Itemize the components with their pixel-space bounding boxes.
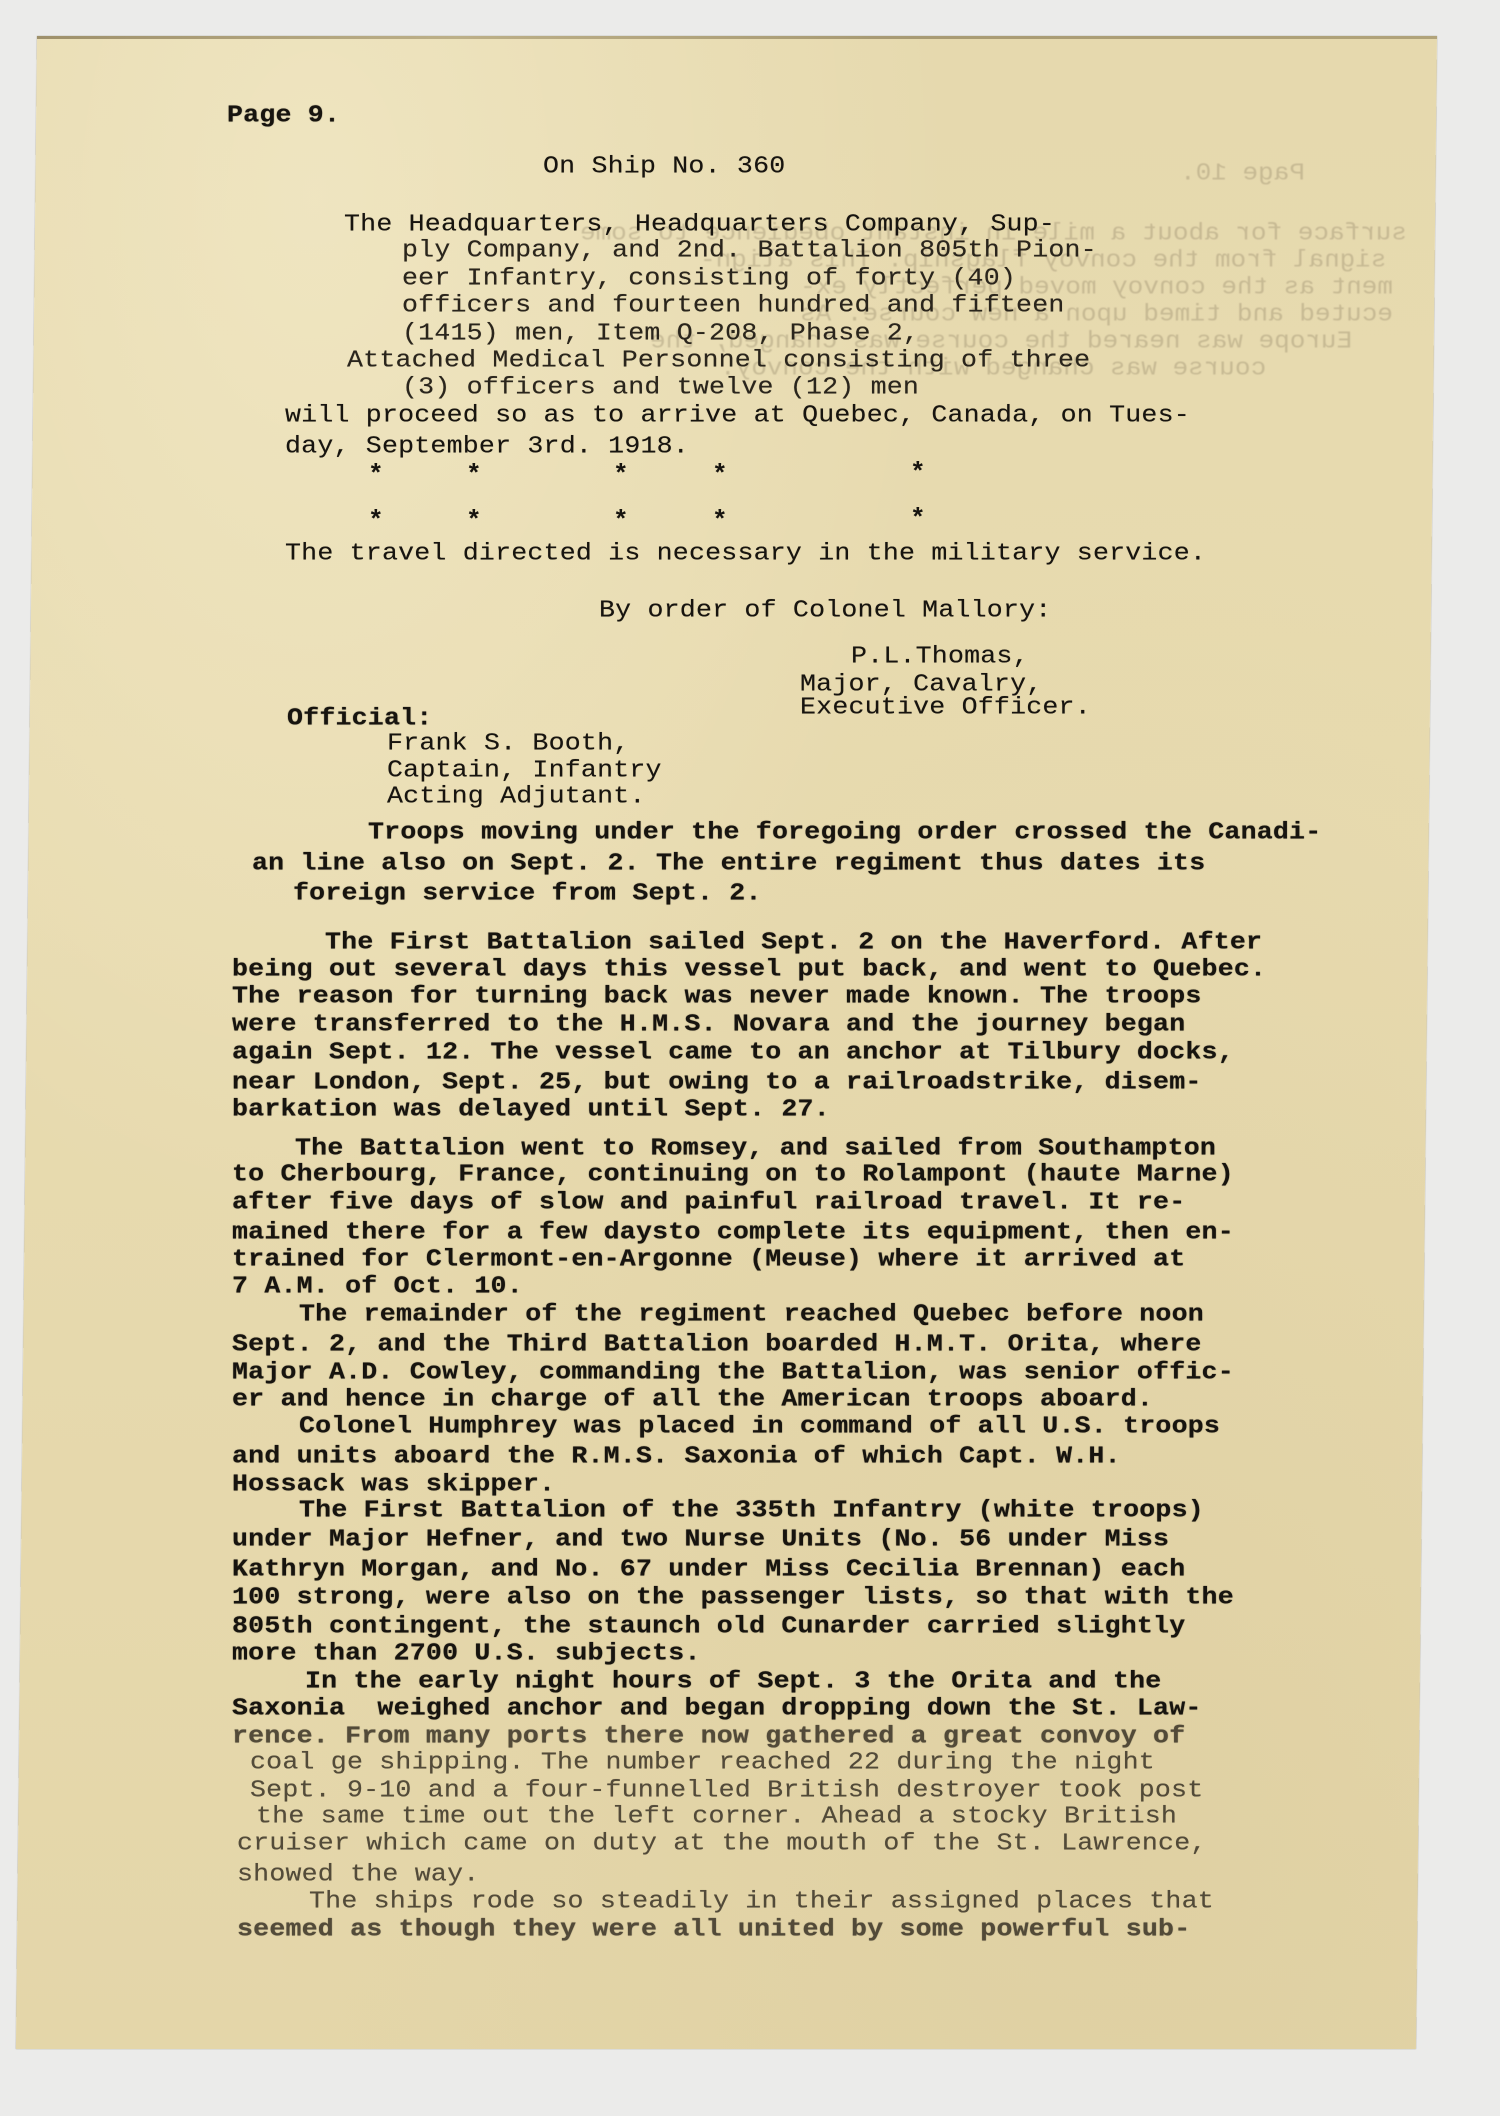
asterisk-icon: * [613, 508, 629, 534]
paragraph-line: near London, Sept. 25, but owing to a ra… [232, 1070, 1202, 1094]
asterisk-icon: * [368, 508, 384, 534]
order-by-line: By order of Colonel Mallory: [599, 598, 1051, 622]
paragraph-line: were transferred to the H.M.S. Novara an… [232, 1012, 1185, 1036]
paragraph-line: after five days of slow and painful rail… [232, 1190, 1185, 1214]
paragraph-line: Sept. 9-10 and a four-funnelled British … [250, 1778, 1203, 1802]
asterisk-icon: * [613, 462, 629, 488]
asterisk-icon: * [712, 462, 728, 488]
page-top-edge [37, 36, 1437, 39]
official-label: Official: [287, 706, 432, 730]
paragraph-line: In the early night hours of Sept. 3 the … [305, 1669, 1161, 1693]
order-line: will proceed so as to arrive at Quebec, … [285, 403, 1190, 427]
order-line: officers and fourteen hundred and fiftee… [402, 293, 1065, 317]
paragraph-line: barkation was delayed until Sept. 27. [232, 1097, 830, 1121]
order-line: (1415) men, Item Q-208, Phase 2, [402, 321, 919, 345]
order-line: ply Company, and 2nd. Battalion 805th Pi… [402, 238, 1097, 262]
official-rank: Captain, Infantry [387, 758, 662, 782]
paragraph-line: 100 strong, were also on the passenger l… [232, 1585, 1234, 1609]
paragraph-line: The reason for turning back was never ma… [232, 984, 1202, 1008]
asterisk-icon: * [910, 506, 926, 532]
paragraph-line: The Battalion went to Romsey, and sailed… [295, 1136, 1216, 1160]
paragraph-line: 7 A.M. of Oct. 10. [232, 1274, 523, 1298]
paragraph-line: foreign service from Sept. 2. [293, 881, 762, 905]
show-through-page-label: Page 10. [1180, 161, 1305, 185]
paragraph-line: under Major Hefner, and two Nurse Units … [232, 1527, 1169, 1551]
asterisk-icon: * [466, 508, 482, 534]
paragraph-line: rence. From many ports there now gathere… [232, 1724, 1185, 1748]
signatory-name: P.L.Thomas, [851, 644, 1029, 668]
paragraph-line: Major A.D. Cowley, commanding the Battal… [232, 1360, 1234, 1384]
paragraph-line: mained there for a few daysto complete i… [232, 1220, 1234, 1244]
paragraph-line: more than 2700 U.S. subjects. [232, 1641, 701, 1665]
paragraph-line: Colonel Humphrey was placed in command o… [299, 1414, 1220, 1438]
paragraph-line: again Sept. 12. The vessel came to an an… [232, 1040, 1234, 1064]
paragraph-line: to Cherbourg, France, continuing on to R… [232, 1162, 1234, 1186]
paragraph-line: coal ge shipping. The number reached 22 … [250, 1750, 1155, 1774]
order-line: Attached Medical Personnel consisting of… [347, 348, 1090, 372]
paragraph-line: The ships rode so steadily in their assi… [309, 1889, 1214, 1913]
paragraph-line: and units aboard the R.M.S. Saxonia of w… [232, 1444, 1121, 1468]
order-line: The Headquarters, Headquarters Company, … [344, 212, 1055, 236]
paragraph-line: trained for Clermont-en-Argonne (Meuse) … [232, 1247, 1185, 1271]
paragraph-line: an line also on Sept. 2. The entire regi… [252, 851, 1205, 875]
paragraph-line: showed the way. [237, 1862, 479, 1886]
signatory-title: Executive Officer. [800, 695, 1091, 719]
paragraph-line: The remainder of the regiment reached Qu… [299, 1302, 1204, 1326]
asterisk-icon: * [466, 462, 482, 488]
paragraph-line: being out several days this vessel put b… [232, 957, 1266, 981]
paragraph-line: seemed as though they were all united by… [237, 1917, 1190, 1941]
page-number: Page 9. [227, 103, 340, 127]
order-line: day, September 3rd. 1918. [285, 434, 689, 458]
paragraph-line: the same time out the left corner. Ahead… [256, 1804, 1177, 1828]
paragraph-line: Kathryn Morgan, and No. 67 under Miss Ce… [232, 1557, 1185, 1581]
paragraph-line: The First Battalion sailed Sept. 2 on th… [325, 930, 1262, 954]
asterisk-icon: * [910, 460, 926, 486]
official-title: Acting Adjutant. [387, 784, 646, 808]
paragraph-line: cruiser which came on duty at the mouth … [237, 1831, 1207, 1855]
paragraph-line: Troops moving under the foregoing order … [368, 820, 1321, 844]
order-line: eer Infantry, consisting of forty (40) [402, 266, 1016, 290]
paragraph-line: Saxonia weighed anchor and began droppin… [232, 1696, 1202, 1720]
paragraph-line: The First Battalion of the 335th Infantr… [299, 1498, 1204, 1522]
ship-heading: On Ship No. 360 [543, 154, 785, 178]
paragraph-line: Hossack was skipper. [232, 1472, 555, 1496]
paragraph-line: Sept. 2, and the Third Battalion boarded… [232, 1332, 1202, 1356]
paragraph-line: 805th contingent, the staunch old Cunard… [232, 1614, 1185, 1638]
official-name: Frank S. Booth, [387, 731, 629, 755]
asterisk-icon: * [368, 462, 384, 488]
order-line: (3) officers and twelve (12) men [402, 375, 919, 399]
asterisk-icon: * [712, 508, 728, 534]
travel-statement: The travel directed is necessary in the … [285, 541, 1206, 565]
paragraph-line: er and hence in charge of all the Americ… [232, 1387, 1153, 1411]
